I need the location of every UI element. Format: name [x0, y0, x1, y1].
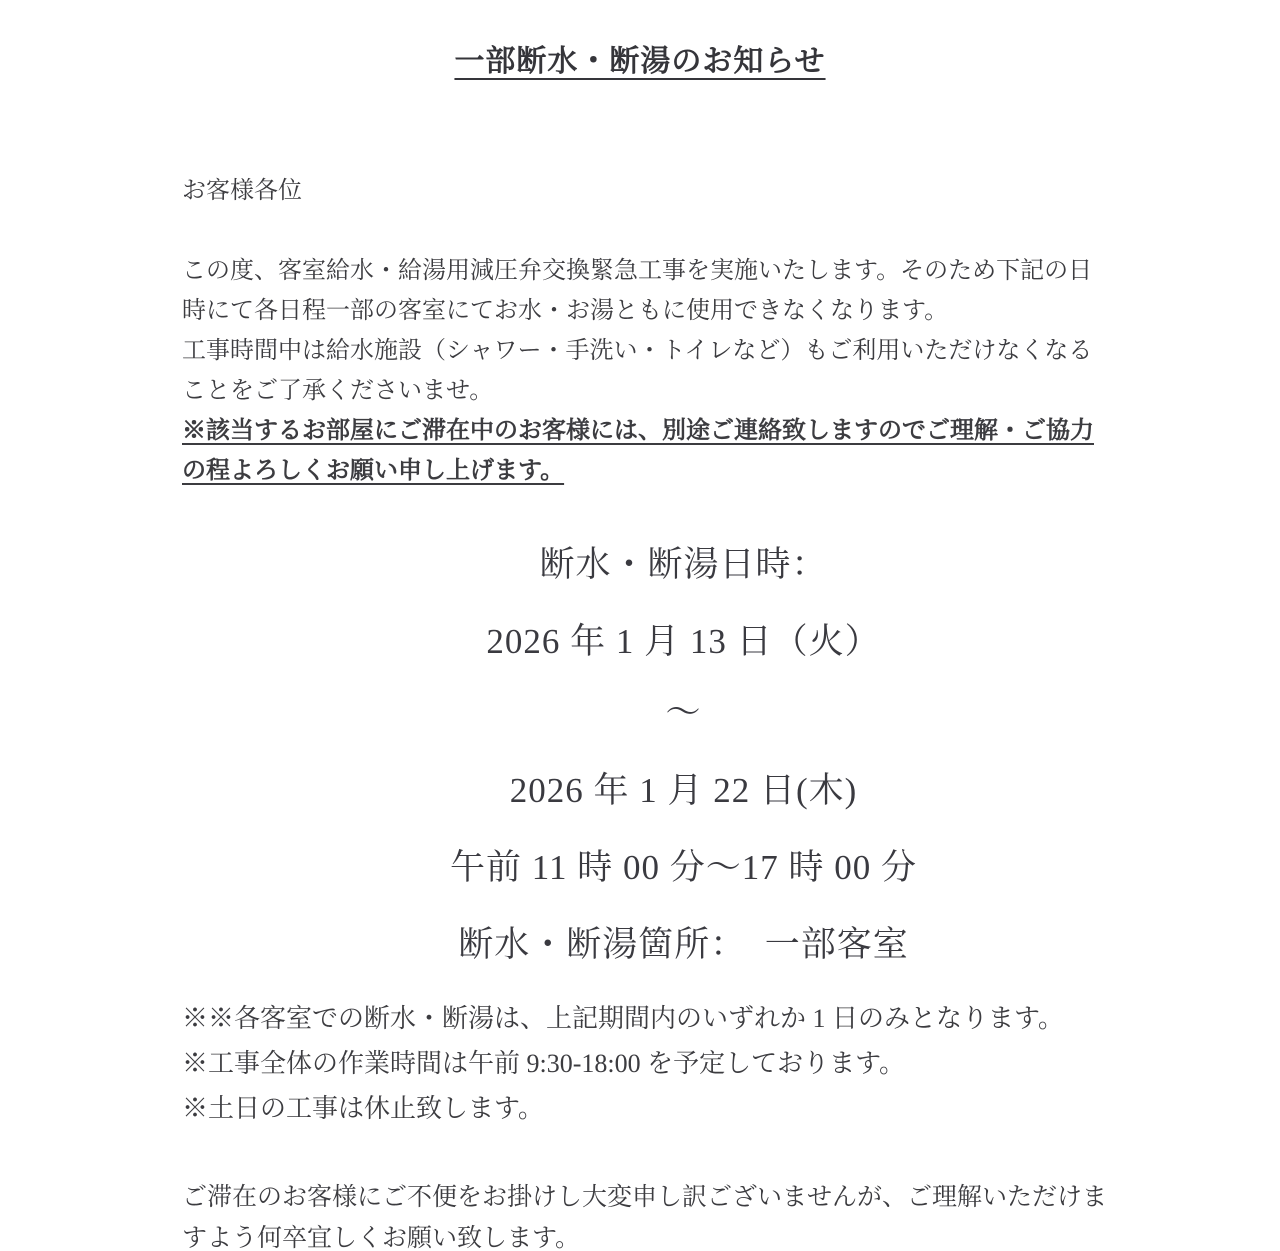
- notes-section: ※※各客室での断水・断湯は、上記期間内のいずれか 1 日のみとなります。 ※工事…: [182, 996, 1112, 1131]
- underlined-notice: ※該当するお部屋にご滞在中のお客様には、別途ご連絡致しますのでご理解・ご協力の程…: [182, 411, 1112, 491]
- note-item-1: ※※各客室での断水・断湯は、上記期間内のいずれか 1 日のみとなります。: [182, 996, 1112, 1041]
- schedule-section: 断水・断湯日時： 2026 年 1 月 13 日（火） ～ 2026 年 1 月…: [182, 543, 1185, 966]
- schedule-start-date: 2026 年 1 月 13 日（火）: [182, 620, 1185, 663]
- intro-paragraph-2: 工事時間中は給水施設（シャワー・手洗い・トイレなど）もご利用いただけなくなること…: [182, 331, 1112, 411]
- schedule-time-range: 午前 11 時 00 分～17 時 00 分: [182, 846, 1185, 889]
- intro-paragraph-1: この度、客室給水・給湯用減圧弁交換緊急工事を実施いたします。そのため下記の日時に…: [182, 251, 1112, 331]
- intro-section: この度、客室給水・給湯用減圧弁交換緊急工事を実施いたします。そのため下記の日時に…: [182, 251, 1112, 491]
- closing-paragraph: ご滞在のお客様にご不便をお掛けし大変申し訳ございませんが、ご理解いただけますよう…: [182, 1177, 1112, 1251]
- schedule-range-tilde: ～: [182, 691, 1185, 735]
- note-item-2: ※工事全体の作業時間は午前 9:30-18:00 を予定しております。: [182, 1041, 1112, 1086]
- document-title-text: 一部断水・断湯のお知らせ: [454, 45, 825, 78]
- schedule-end-date: 2026 年 1 月 22 日(木): [182, 769, 1185, 812]
- document-title: 一部断水・断湯のお知らせ: [0, 0, 1280, 80]
- underlined-notice-text: ※該当するお部屋にご滞在中のお客様には、別途ご連絡致しますのでご理解・ご協力の程…: [182, 418, 1094, 484]
- schedule-location: 断水・断湯箇所： 一部客室: [182, 923, 1185, 966]
- greeting: お客様各位: [182, 176, 1280, 206]
- note-item-3: ※土日の工事は休止致します。: [182, 1086, 1112, 1131]
- notice-document: 一部断水・断湯のお知らせ お客様各位 この度、客室給水・給湯用減圧弁交換緊急工事…: [0, 0, 1280, 1251]
- schedule-heading: 断水・断湯日時：: [182, 543, 1185, 586]
